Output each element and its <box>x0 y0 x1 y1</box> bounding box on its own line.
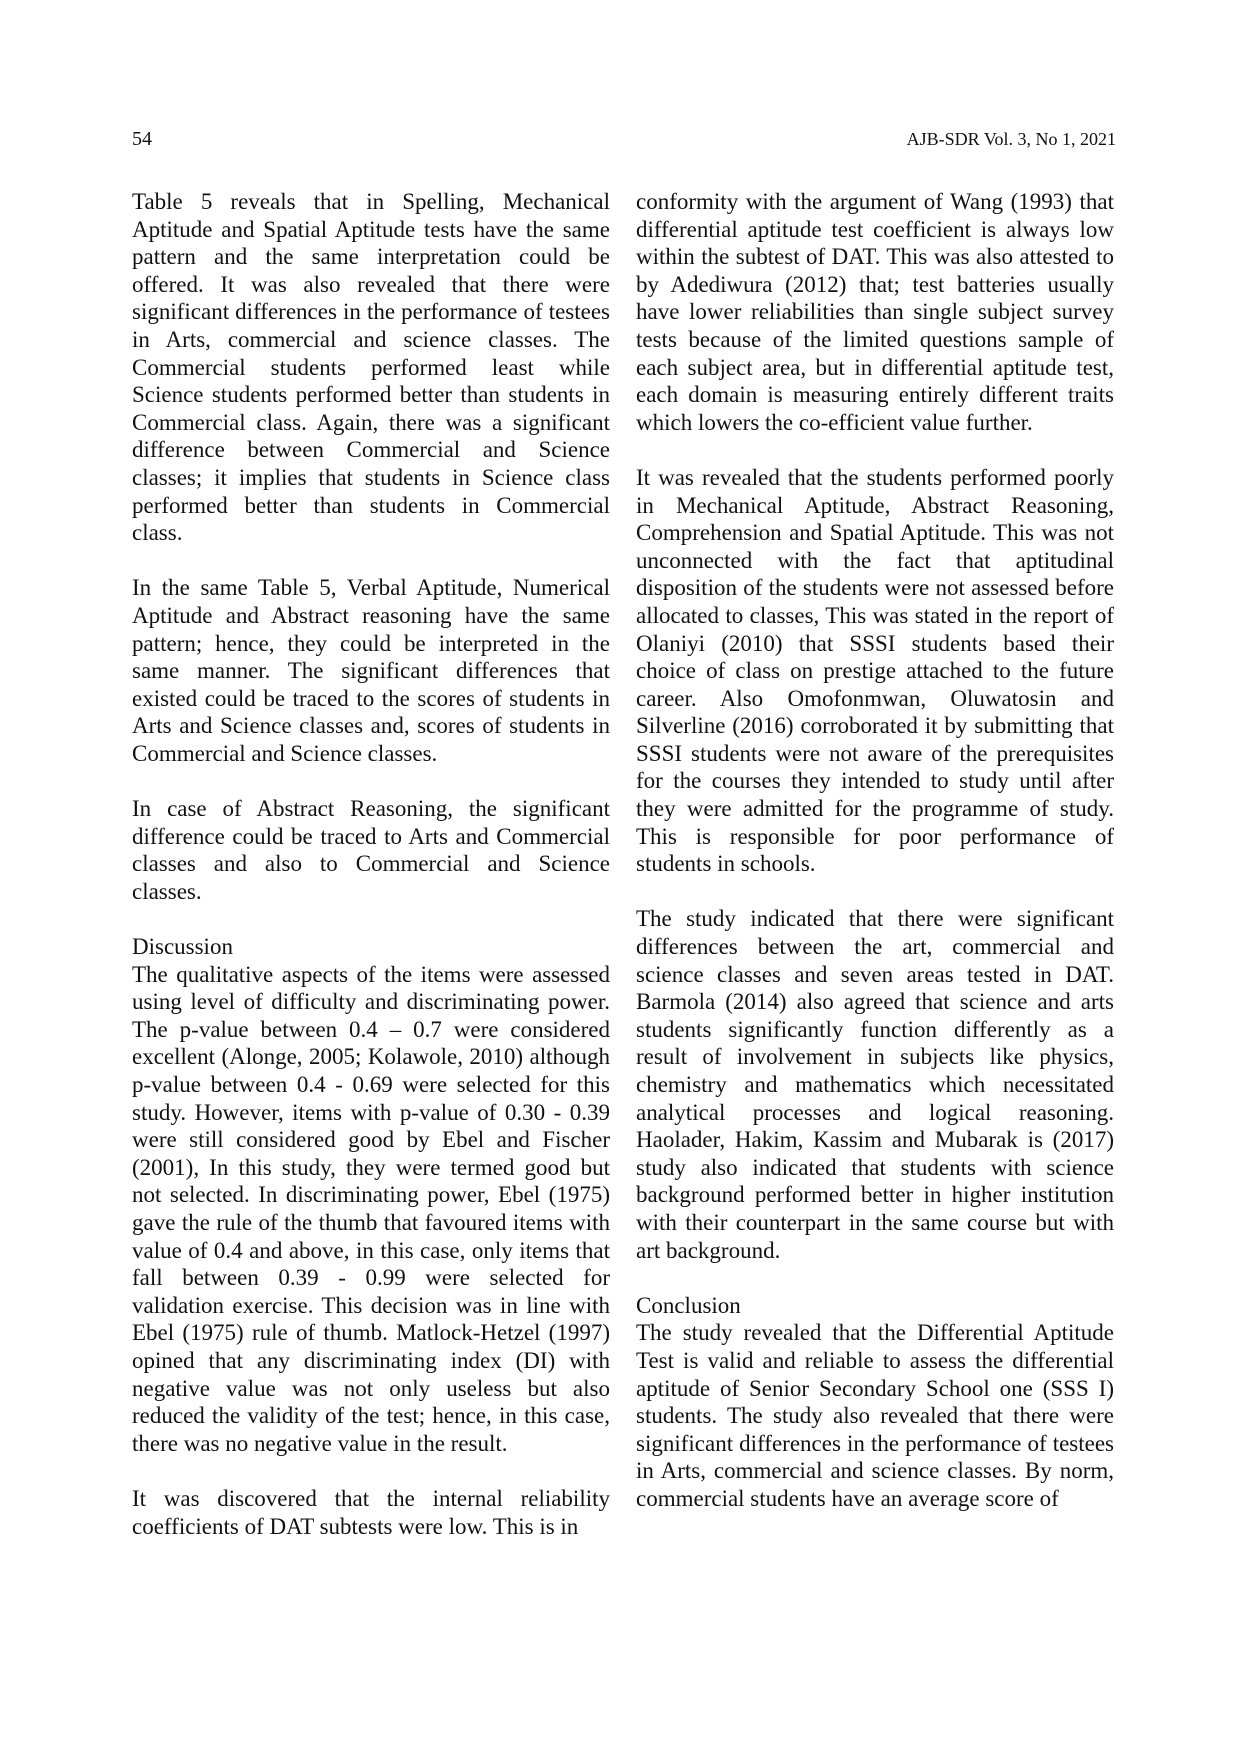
paragraph: It was revealed that the students perfor… <box>636 464 1114 878</box>
section-heading-discussion: Discussion <box>132 933 610 961</box>
running-head: AJB-SDR Vol. 3, No 1, 2021 <box>907 124 1116 154</box>
paragraph: The study revealed that the Differential… <box>636 1319 1114 1512</box>
paragraph: conformity with the argument of Wang (19… <box>636 188 1114 436</box>
left-column: Table 5 reveals that in Spelling, Mechan… <box>132 188 610 1540</box>
paragraph: It was discovered that the internal reli… <box>132 1485 610 1540</box>
paragraph: The qualitative aspects of the items wer… <box>132 961 610 1458</box>
paragraph: The study indicated that there were sign… <box>636 905 1114 1264</box>
paragraph: In case of Abstract Reasoning, the signi… <box>132 795 610 905</box>
page-number: 54 <box>132 124 152 154</box>
section-heading-conclusion: Conclusion <box>636 1292 1114 1320</box>
paragraph: Table 5 reveals that in Spelling, Mechan… <box>132 188 610 547</box>
right-column: conformity with the argument of Wang (19… <box>636 188 1114 1513</box>
paragraph: In the same Table 5, Verbal Aptitude, Nu… <box>132 574 610 767</box>
page-header: 54 AJB-SDR Vol. 3, No 1, 2021 <box>132 124 1116 154</box>
